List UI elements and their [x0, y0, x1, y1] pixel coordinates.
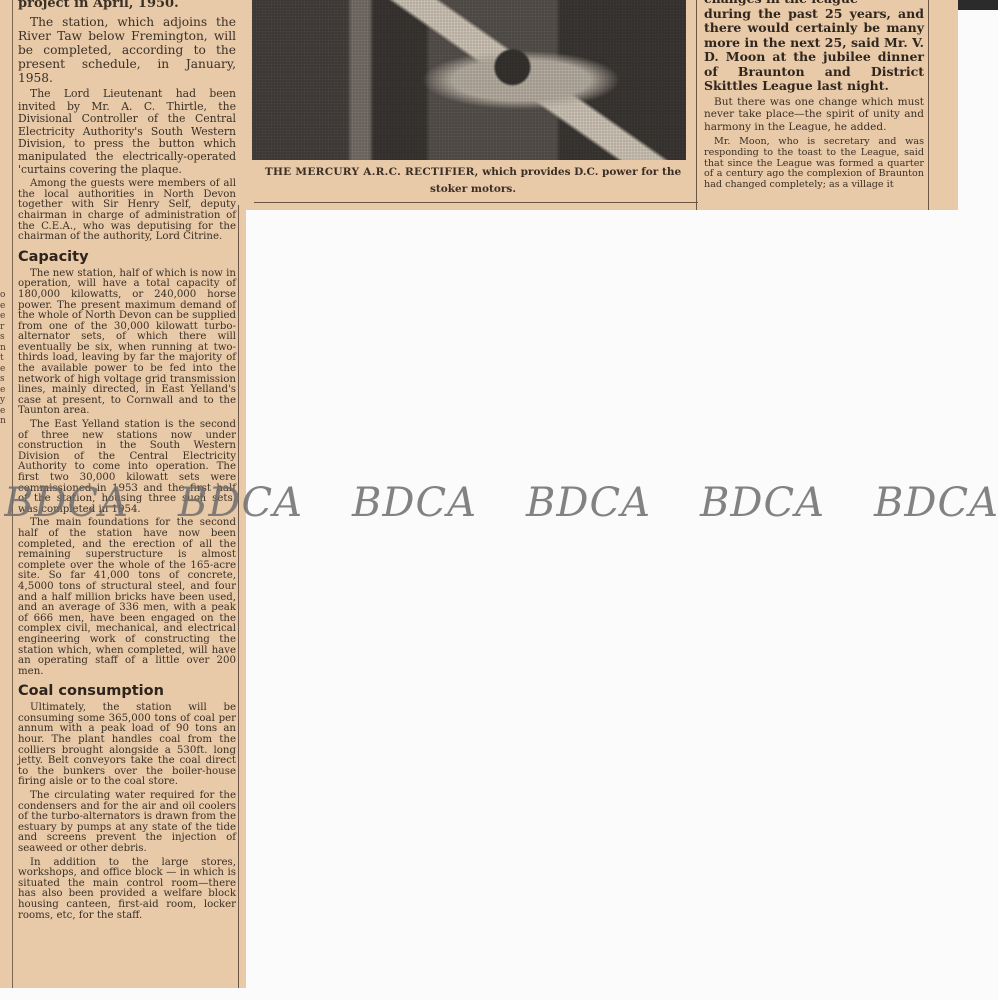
- section-heading: Capacity: [18, 249, 236, 265]
- section-paragraph: In addition to the large stores, worksho…: [18, 858, 236, 922]
- photo-caption: THE MERCURY A.R.C. RECTIFIER, which prov…: [248, 164, 698, 198]
- rectifier-photo: [252, 0, 686, 160]
- intro-paragraph: The Lord Lieutenant had been invited by …: [18, 88, 236, 176]
- watermark-text: BDCA: [4, 478, 178, 528]
- watermark: BDCABDCABDCABDCABDCABDCA: [4, 478, 998, 528]
- watermark-text: BDCA: [526, 478, 700, 528]
- watermark-text: BDCA: [352, 478, 526, 528]
- watermark-text: BDCA: [178, 478, 352, 528]
- section-paragraph: Ultimately, the station will be consumin…: [18, 703, 236, 788]
- article-paragraph: Mr. Moon, who is secretary and was respo…: [704, 137, 924, 191]
- watermark-text: BDCA: [700, 478, 874, 528]
- left-column-text: project in April, 1950. The station, whi…: [18, 0, 236, 924]
- scan-edge: [958, 0, 998, 10]
- right-column-article: changes in the league during the past 25…: [704, 0, 924, 191]
- column-rule: [238, 205, 239, 988]
- section-heading: Coal consumption: [18, 683, 236, 699]
- intro-paragraph: Among the guests were members of all the…: [18, 179, 236, 243]
- intro-paragraph: The station, which adjoins the River Taw…: [18, 15, 236, 85]
- caption-rule: [254, 202, 698, 203]
- section-paragraph: The new station, half of which is now in…: [18, 269, 236, 417]
- column-rule: [696, 0, 697, 210]
- column-rule: [928, 0, 929, 210]
- watermark-text: BDCA: [874, 478, 998, 528]
- section-paragraph: The main foundations for the second half…: [18, 518, 236, 677]
- margin-fragments: o e e r s n t e s e y e n: [0, 290, 11, 590]
- article-lead: during the past 25 years, and there woul…: [704, 7, 924, 94]
- caption-lead: THE MERCURY A.R.C. RECTIFIER,: [265, 166, 479, 178]
- article-paragraph: But there was one change which must neve…: [704, 96, 924, 134]
- section-paragraph: The circulating water required for the c…: [18, 791, 236, 855]
- opening-line: project in April, 1950.: [18, 0, 236, 11]
